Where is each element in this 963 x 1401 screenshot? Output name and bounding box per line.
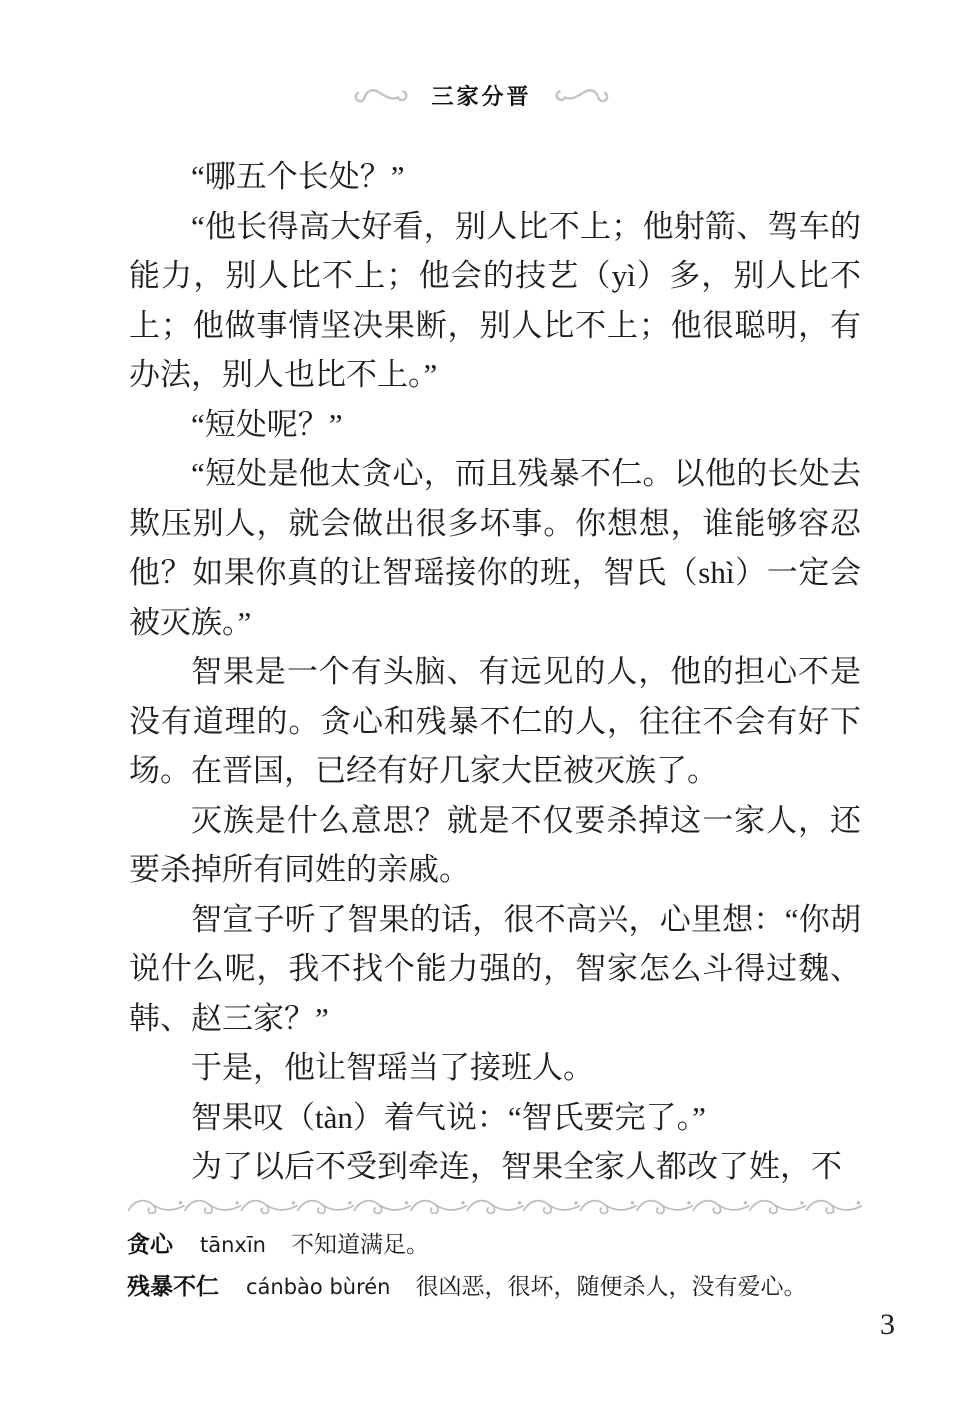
page-header: 三家分晋 — [0, 80, 963, 111]
footnote-definition: 不知道满足。 — [291, 1226, 429, 1259]
story-paragraph: “他长得高大好看，别人比不上；他射箭、驾车的能力，别人比不上；他会的技艺（yì）… — [129, 202, 861, 400]
story-paragraph: 智果是一个有头脑、有远见的人，他的担心不是没有道理的。贪心和残暴不仁的人，往往不… — [129, 647, 861, 796]
footnotes-section: 贪心 tānxīn 不知道满足。 残暴不仁 cánbào bùrén 很凶恶，很… — [127, 1226, 907, 1310]
story-paragraph: 为了以后不受到牵连，智果全家人都改了姓，不 — [129, 1142, 861, 1192]
story-paragraph: 灭族是什么意思？就是不仅要杀掉这一家人，还要杀掉所有同姓的亲戚。 — [129, 796, 861, 895]
swirl-ornament-left-icon — [353, 82, 409, 110]
footnote-definition: 很凶恶，很坏，随便杀人，没有爱心。 — [416, 1268, 807, 1301]
footnote-term: 残暴不仁 — [127, 1268, 219, 1301]
page-number: 3 — [880, 1308, 895, 1342]
footnote-pinyin: cánbào bùrén — [246, 1275, 391, 1299]
story-paragraph: 智宣子听了智果的话，很不高兴，心里想：“你胡说什么呢，我不找个能力强的，智家怎么… — [129, 895, 861, 1044]
story-paragraph: “短处是他太贪心，而且残暴不仁。以他的长处去欺压别人，就会做出很多坏事。你想想，… — [129, 449, 861, 647]
swirl-ornament-right-icon — [554, 82, 610, 110]
story-paragraph: “哪五个长处？” — [129, 152, 861, 202]
story-text: “哪五个长处？” “他长得高大好看，别人比不上；他射箭、驾车的能力，别人比不上；… — [129, 152, 861, 1192]
footnote-row: 贪心 tānxīn 不知道满足。 — [127, 1226, 907, 1259]
story-paragraph: “短处呢？” — [129, 400, 861, 450]
story-paragraph: 于是，他让智瑶当了接班人。 — [129, 1043, 861, 1093]
footnote-term: 贪心 — [127, 1226, 173, 1259]
page-title: 三家分晋 — [431, 80, 531, 111]
footnote-pinyin: tānxīn — [200, 1233, 266, 1257]
footnote-row: 残暴不仁 cánbào bùrén 很凶恶，很坏，随便杀人，没有爱心。 — [127, 1268, 907, 1301]
story-paragraph: 智果叹（tàn）着气说：“智氏要完了。” — [129, 1093, 861, 1143]
book-page: 三家分晋 “哪五个长处？” “他长得高大好看，别人比不上；他射箭、驾车的能力，别… — [0, 0, 963, 1401]
footnote-divider-ornament-icon — [128, 1196, 862, 1218]
